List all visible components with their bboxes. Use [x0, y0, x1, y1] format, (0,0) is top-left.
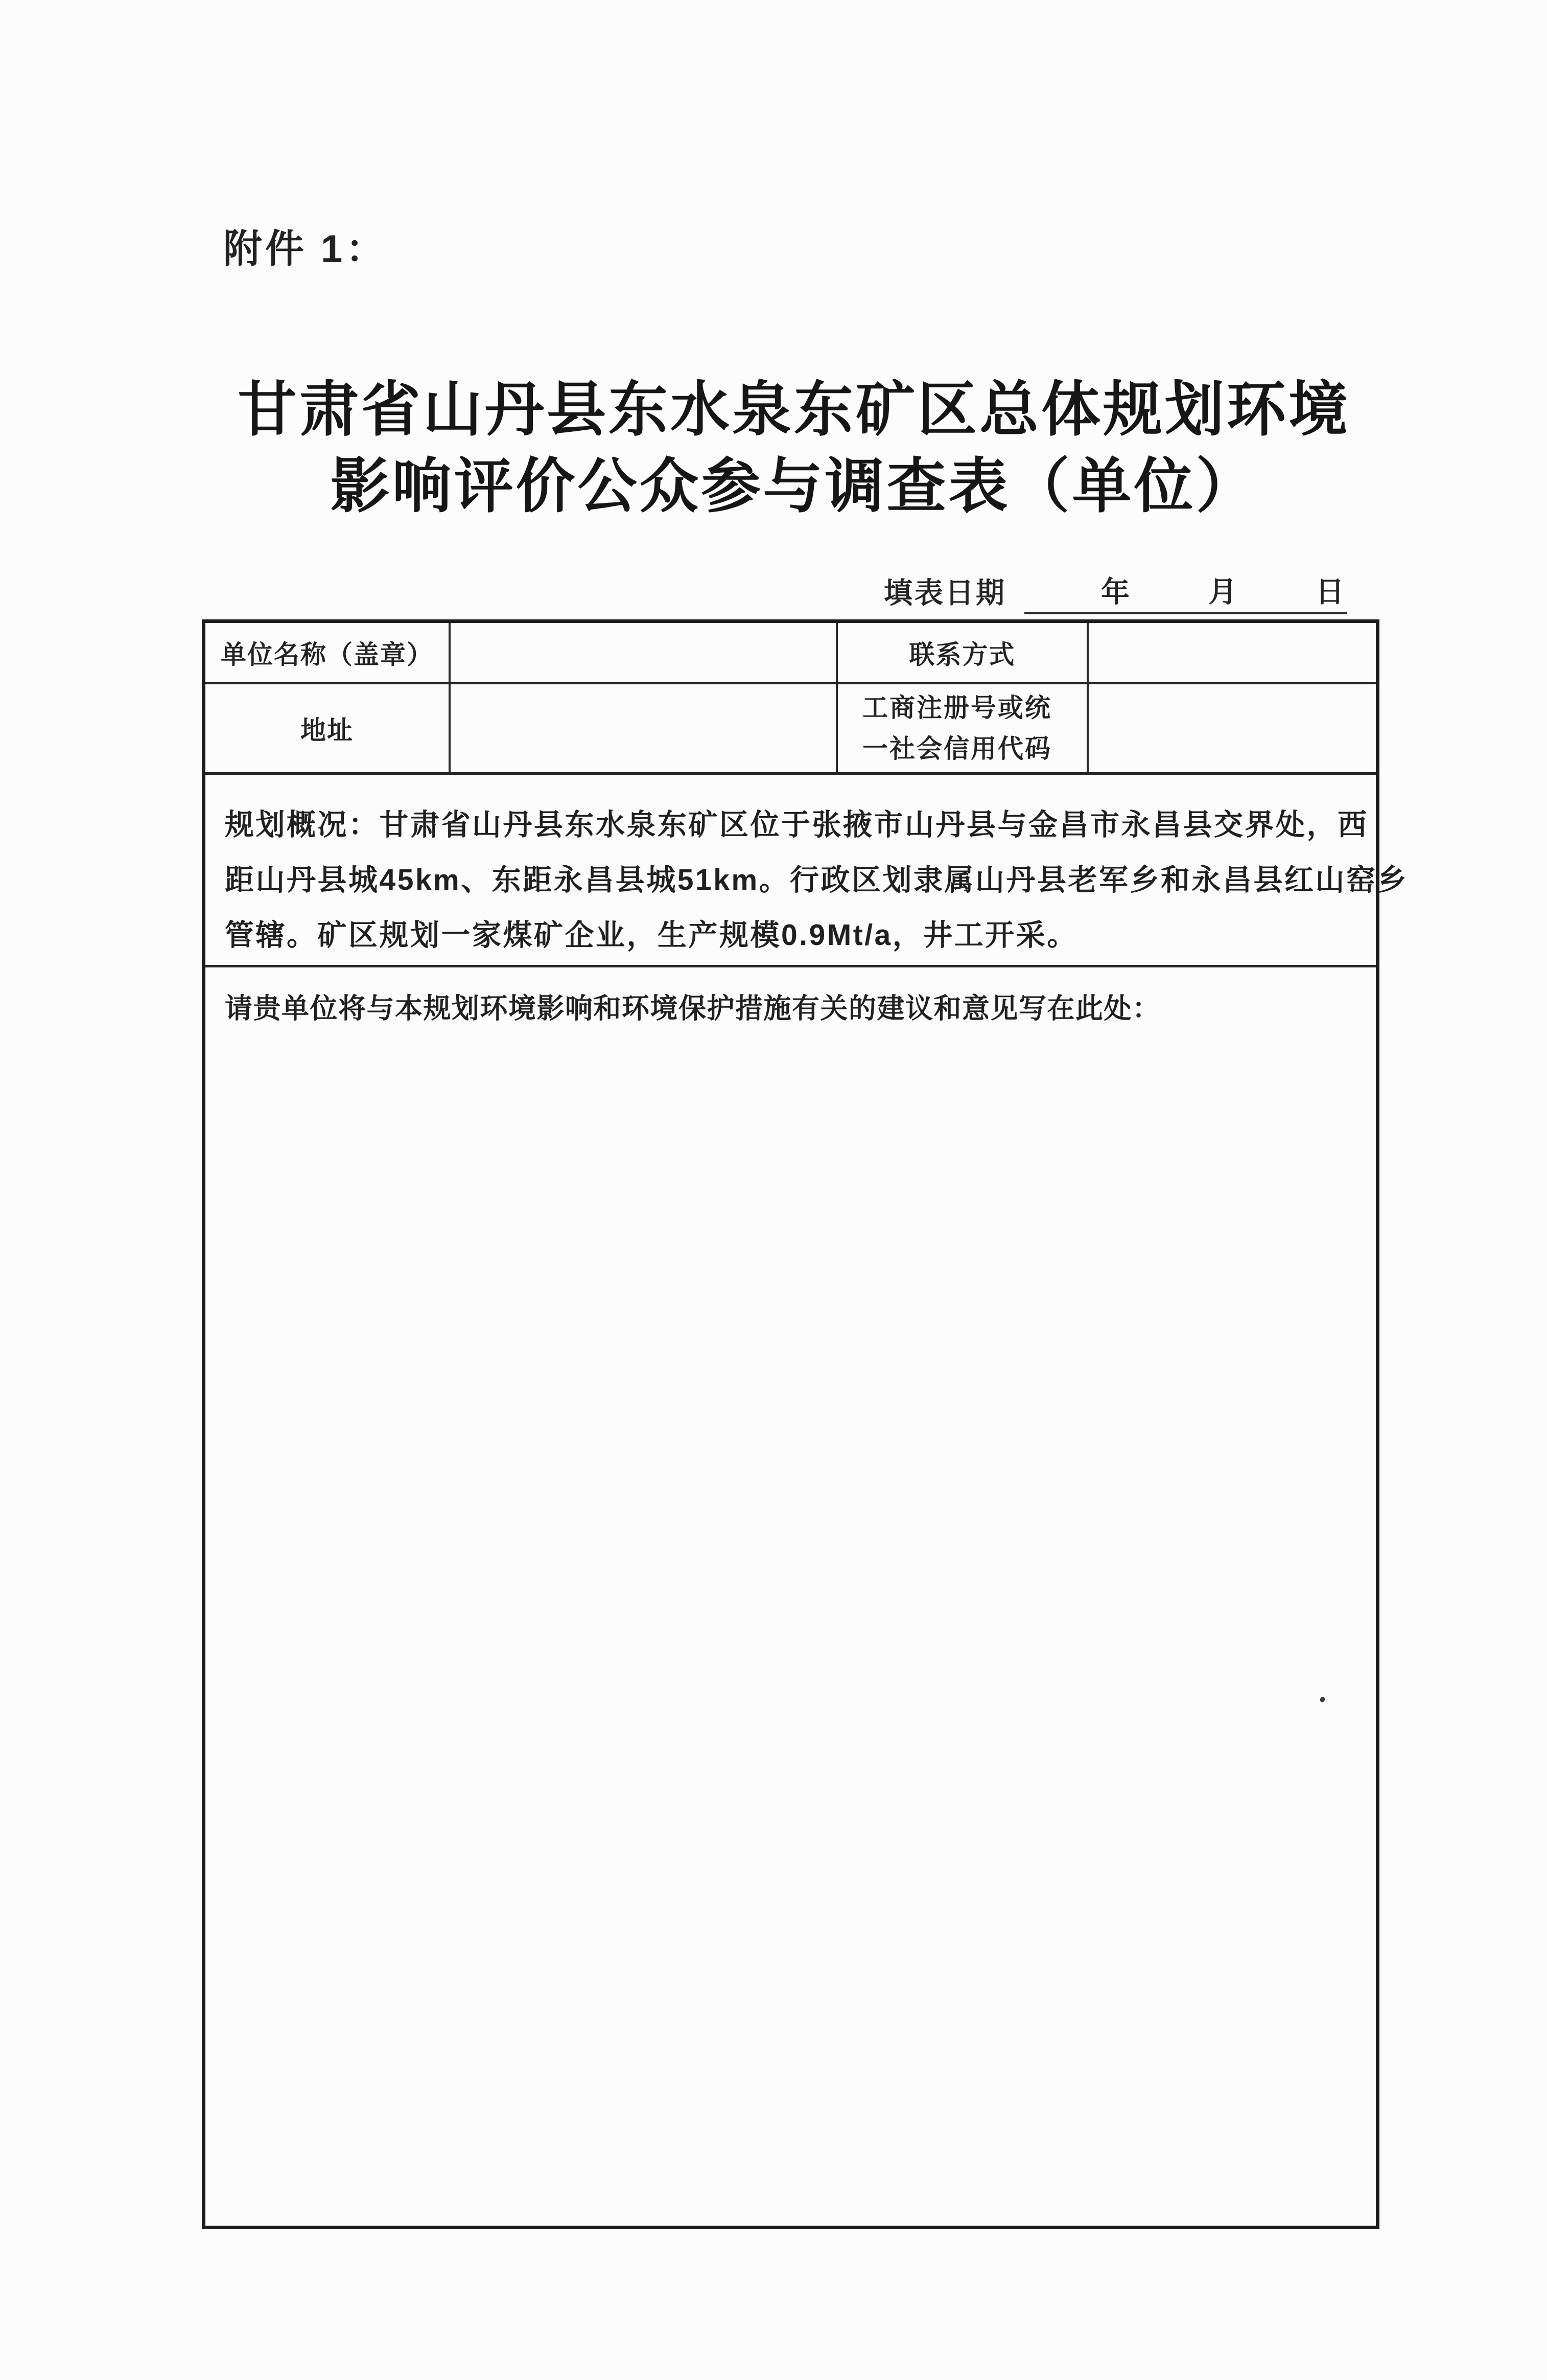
- unit-name-blank-cell: [451, 623, 838, 682]
- scanned-survey-form-page: 附件 1： 甘肃省山丹县东水泉东矿区总体规划环境 影响评价公众参与调查表（单位）…: [0, 0, 1547, 2380]
- suggestion-section: 请贵单位将与本规划环境影响和环境保护措施有关的建议和意见写在此处：: [205, 967, 1376, 2226]
- suggestion-prompt-text: 请贵单位将与本规划环境影响和环境保护措施有关的建议和意见写在此处：: [225, 987, 1355, 1026]
- fill-date-day-label: 日: [1316, 569, 1344, 610]
- fill-date-line: 填表日期 年 月 日: [884, 582, 1347, 614]
- plan-overview-line2: 距山丹县城45km、东距永昌县城51km。行政区划隶属山丹县老军乡和永昌县红山窑…: [225, 852, 1357, 908]
- registration-number-label-line1: 工商注册号或统: [862, 687, 1052, 728]
- plan-overview-section: 规划概况：甘肃省山丹县东水泉东矿区位于张掖市山丹县与金昌市永昌县交界处，西 距山…: [205, 775, 1376, 967]
- plan-overview-line3: 管辖。矿区规划一家煤矿企业，生产规模0.9Mt/a，井工开采。: [225, 908, 1357, 963]
- contact-label-cell: 联系方式: [838, 623, 1089, 682]
- registration-number-blank-cell: [1089, 684, 1376, 772]
- attachment-label: 附件 1：: [223, 218, 387, 273]
- registration-number-label-cell: 工商注册号或统 一社会信用代码: [838, 684, 1089, 772]
- suggestion-blank-writing-area: [225, 1026, 1355, 2202]
- fill-date-year-label: 年: [1101, 569, 1130, 610]
- plan-overview-line1: 规划概况：甘肃省山丹县东水泉东矿区位于张掖市山丹县与金昌市永昌县交界处，西: [225, 797, 1357, 852]
- fill-date-label: 填表日期: [884, 570, 1006, 614]
- unit-name-label-cell: 单位名称（盖章）: [205, 623, 451, 682]
- table-row-unit-name: 单位名称（盖章） 联系方式: [205, 623, 1376, 684]
- address-blank-cell: [451, 684, 838, 772]
- survey-form-table: 单位名称（盖章） 联系方式 地址 工商注册号或统 一社会信用代码 规划概况：甘肃…: [202, 619, 1379, 2229]
- registration-number-label-line2: 一社会信用代码: [862, 728, 1052, 769]
- table-row-address: 地址 工商注册号或统 一社会信用代码: [205, 684, 1376, 775]
- document-title: 甘肃省山丹县东水泉东矿区总体规划环境 影响评价公众参与调查表（单位）: [20, 372, 1547, 525]
- document-title-line2: 影响评价公众参与调查表（单位）: [20, 449, 1547, 525]
- address-label-cell: 地址: [205, 684, 451, 772]
- fill-date-blank-underline: 年 月 日: [1024, 569, 1347, 614]
- document-title-line1: 甘肃省山丹县东水泉东矿区总体规划环境: [20, 372, 1547, 449]
- contact-blank-cell: [1089, 623, 1376, 682]
- fill-date-month-label: 月: [1208, 569, 1237, 610]
